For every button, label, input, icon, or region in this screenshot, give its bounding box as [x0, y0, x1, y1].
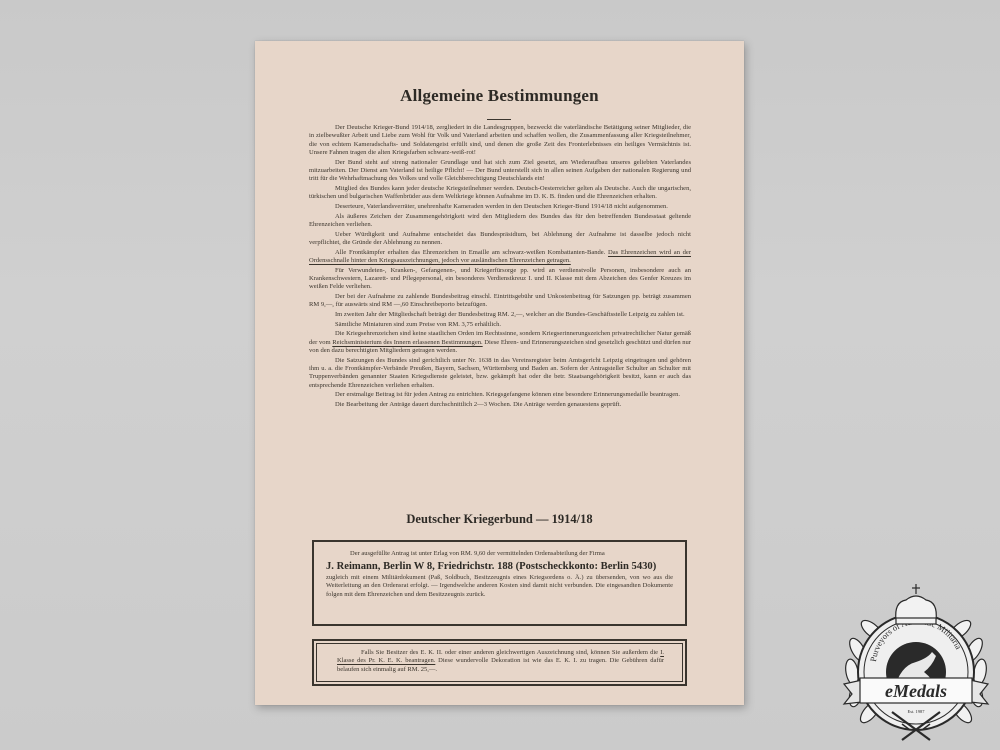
brand-name: eMedals [885, 681, 947, 701]
paragraph: Im zweiten Jahr der Mitgliedschaft beträ… [309, 311, 691, 319]
paragraph: Der Bund steht auf streng nationaler Gru… [309, 159, 691, 184]
paragraph: Alle Frontkämpfer erhalten das Ehrenzeic… [309, 249, 691, 266]
paragraph: Der erstmalige Beitrag ist für jeden Ant… [309, 391, 691, 399]
paragraph: Der Deutsche Krieger-Bund 1914/18, zergl… [309, 124, 691, 157]
crown-icon [896, 584, 937, 624]
established-text: Est. 1987 [907, 709, 925, 714]
document-body: Der Deutsche Krieger-Bund 1914/18, zergl… [309, 124, 691, 409]
emedals-watermark-logo: Purveyors of Authentic Militaria eMedals… [836, 580, 996, 745]
paragraph: Die Kriegsehrenzeichen sind keine staatl… [309, 330, 691, 355]
title-divider [487, 119, 511, 120]
paragraph: Mitglied des Bundes kann jeder deutsche … [309, 185, 691, 202]
paragraph: Der bei der Aufnahme zu zahlende Bundesb… [309, 293, 691, 310]
paragraph: Die Satzungen des Bundes sind gerichtlic… [309, 357, 691, 390]
paragraph: Sämtliche Miniaturen sind zum Preise von… [309, 321, 691, 329]
document-page: Allgemeine Bestimmungen Der Deutsche Kri… [255, 41, 744, 705]
ordering-info-box: Der ausgefüllte Antrag ist unter Erlag v… [312, 540, 687, 626]
paragraph: Ueber Würdigkeit und Aufnahme entscheide… [309, 231, 691, 248]
upgrade-info-box: Falls Sie Besitzer des E. K. II. oder ei… [312, 639, 687, 686]
document-title: Allgemeine Bestimmungen [255, 86, 744, 106]
ordering-intro: Der ausgefüllte Antrag ist unter Erlag v… [326, 550, 673, 558]
underlined-text: Reichsministerium des Innern erlassenen … [332, 339, 482, 346]
signature: Deutscher Kriegerbund — 1914/18 [255, 512, 744, 527]
paragraph: Als äußeres Zeichen der Zusammengehörigk… [309, 213, 691, 230]
upgrade-text: Falls Sie Besitzer des E. K. II. oder ei… [337, 649, 664, 674]
paragraph: Die Bearbeitung der Anträge dauert durch… [309, 401, 691, 409]
firm-address: J. Reimann, Berlin W 8, Friedrichstr. 18… [326, 561, 673, 572]
ordering-outro: zugleich mit einem Militärdokument (Paß,… [326, 574, 673, 599]
paragraph: Deserteure, Vaterlandsverräter, unehrenh… [309, 203, 691, 211]
paragraph: Für Verwundeten-, Kranken-, Gefangenen-,… [309, 267, 691, 292]
